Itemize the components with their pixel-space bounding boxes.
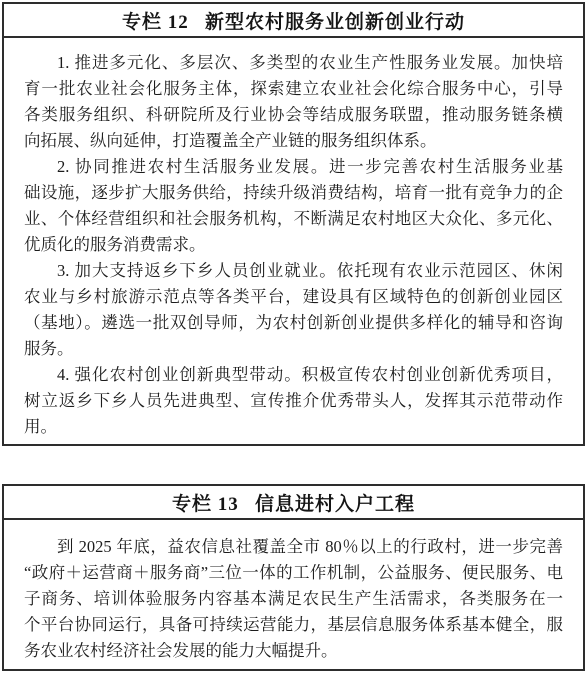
paragraph-line: 个平台协同运行，具备可持续运营能力，基层信息服务体系基本健全，服 (24, 612, 563, 638)
column-box-13-title: 信息进村入户工程 (255, 489, 415, 516)
column-box-13-label: 专栏 13 (172, 489, 239, 516)
paragraph-line: 农业与乡村旅游示范点等各类平台，建设具有区域特色的创新创业园区 (24, 284, 563, 310)
column-box-12-body: 1. 推进多元化、多层次、多类型的农业生产性服务业发展。加快培 育一批农业社会化… (4, 38, 583, 440)
paragraph-line: 育一批农业社会化服务主体，探索建立农业社会化综合服务中心，引导 (24, 76, 563, 102)
column-box-12: 专栏 12 新型农村服务业创新创业行动 1. 推进多元化、多层次、多类型的农业生… (2, 2, 585, 446)
column-box-12-label: 专栏 12 (122, 7, 189, 34)
column-box-12-title: 新型农村服务业创新创业行动 (205, 7, 465, 34)
paragraph-1: 到 2025 年底，益农信息社覆盖全市 80％以上的行政村，进一步完善 “政府＋… (24, 534, 563, 664)
paragraph-line: 服务。 (24, 336, 563, 362)
paragraph-line: “政府＋运营商＋服务商”三位一体的工作机制，公益服务、便民服务、电 (24, 560, 563, 586)
paragraph-line: 3. 加大支持返乡下乡人员创业就业。依托现有农业示范园区、休闲 (24, 258, 563, 284)
paragraph-line: 4. 强化农村创业创新典型带动。积极宣传农村创业创新优秀项目， (24, 362, 563, 388)
paragraph-2: 2. 协同推进农村生活服务业发展。进一步完善农村生活服务业基 础设施，逐步扩大服… (24, 154, 563, 258)
paragraph-1: 1. 推进多元化、多层次、多类型的农业生产性服务业发展。加快培 育一批农业社会化… (24, 50, 563, 154)
scanned-document-page: { "page": { "background_color": "#ffffff… (0, 0, 588, 673)
paragraph-line: 用。 (24, 414, 563, 440)
paragraph-4: 4. 强化农村创业创新典型带动。积极宣传农村创业创新优秀项目， 树立返乡下乡人员… (24, 362, 563, 440)
paragraph-line: 务农业农村经济社会发展的能力大幅提升。 (24, 638, 563, 664)
column-box-12-title-bar: 专栏 12 新型农村服务业创新创业行动 (4, 4, 583, 38)
paragraph-line: 树立返乡下乡人员先进典型、宣传推介优秀带头人，发挥其示范带动作 (24, 388, 563, 414)
paragraph-line: 向拓展、纵向延伸，打造覆盖全产业链的服务组织体系。 (24, 128, 563, 154)
paragraph-line: （基地）。遴选一批双创导师，为农村创新创业提供多样化的辅导和咨询 (24, 310, 563, 336)
paragraph-line: 优质化的服务消费需求。 (24, 232, 563, 258)
column-box-13: 专栏 13 信息进村入户工程 到 2025 年底，益农信息社覆盖全市 80％以上… (2, 484, 585, 671)
paragraph-line: 各类服务组织、科研院所及行业协会等结成服务联盟，推动服务链条横 (24, 102, 563, 128)
paragraph-line: 子商务、培训体验服务内容基本满足农民生产生活需求，各类服务在一 (24, 586, 563, 612)
column-box-13-body: 到 2025 年底，益农信息社覆盖全市 80％以上的行政村，进一步完善 “政府＋… (4, 520, 583, 664)
column-box-13-title-bar: 专栏 13 信息进村入户工程 (4, 486, 583, 520)
paragraph-line: 1. 推进多元化、多层次、多类型的农业生产性服务业发展。加快培 (24, 50, 563, 76)
paragraph-line: 到 2025 年底，益农信息社覆盖全市 80％以上的行政村，进一步完善 (24, 534, 563, 560)
paragraph-line: 础设施，逐步扩大服务供给，持续升级消费结构，培育一批有竞争力的企 (24, 180, 563, 206)
paragraph-3: 3. 加大支持返乡下乡人员创业就业。依托现有农业示范园区、休闲 农业与乡村旅游示… (24, 258, 563, 362)
paragraph-line: 业、个体经营组织和社会服务机构，不断满足农村地区大众化、多元化、 (24, 206, 563, 232)
paragraph-line: 2. 协同推进农村生活服务业发展。进一步完善农村生活服务业基 (24, 154, 563, 180)
